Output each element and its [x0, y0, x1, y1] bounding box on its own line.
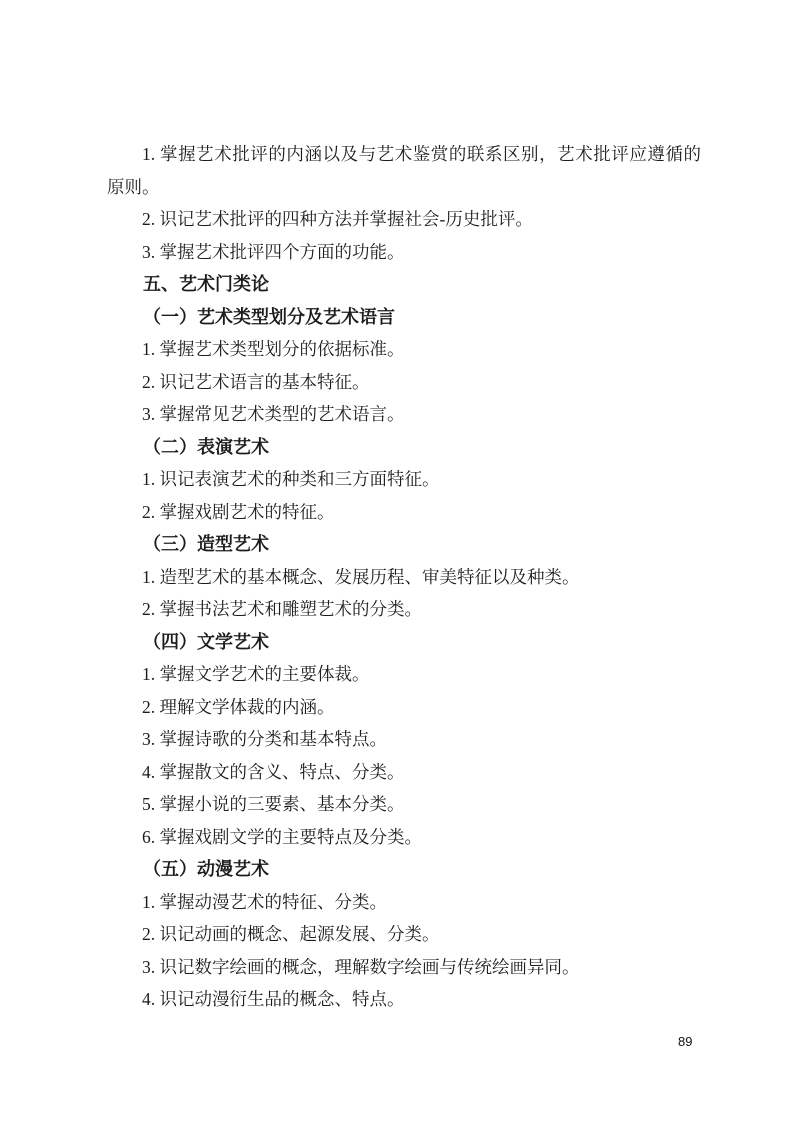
body-paragraph: 2. 识记艺术语言的基本特征。 — [107, 366, 701, 399]
body-paragraph: 2. 识记动画的概念、起源发展、分类。 — [107, 918, 701, 951]
subsection-heading: （四）文学艺术 — [107, 626, 701, 659]
page-number: 89 — [678, 1034, 692, 1050]
body-paragraph: 4. 掌握散文的含义、特点、分类。 — [107, 756, 701, 789]
body-paragraph: 2. 掌握戏剧艺术的特征。 — [107, 496, 701, 529]
body-paragraph: 2. 掌握书法艺术和雕塑艺术的分类。 — [107, 593, 701, 626]
page-content: 1. 掌握艺术批评的内涵以及与艺术鉴赏的联系区别，艺术批评应遵循的原则。2. 识… — [107, 138, 701, 1016]
body-paragraph: 3. 掌握艺术批评四个方面的功能。 — [107, 236, 701, 269]
subsection-heading: （三）造型艺术 — [107, 528, 701, 561]
body-paragraph: 2. 识记艺术批评的四种方法并掌握社会-历史批评。 — [107, 203, 701, 236]
subsection-heading: （一）艺术类型划分及艺术语言 — [107, 301, 701, 334]
body-paragraph: 5. 掌握小说的三要素、基本分类。 — [107, 788, 701, 821]
document-page: 1. 掌握艺术批评的内涵以及与艺术鉴赏的联系区别，艺术批评应遵循的原则。2. 识… — [0, 0, 793, 1122]
body-paragraph: 3. 掌握诗歌的分类和基本特点。 — [107, 723, 701, 756]
body-paragraph: 6. 掌握戏剧文学的主要特点及分类。 — [107, 821, 701, 854]
body-paragraph: 1. 掌握动漫艺术的特征、分类。 — [107, 886, 701, 919]
body-paragraph: 1. 识记表演艺术的种类和三方面特征。 — [107, 463, 701, 496]
subsection-heading: （二）表演艺术 — [107, 431, 701, 464]
subsection-heading: （五）动漫艺术 — [107, 853, 701, 886]
body-paragraph: 1. 掌握艺术批评的内涵以及与艺术鉴赏的联系区别，艺术批评应遵循的原则。 — [107, 138, 701, 203]
body-paragraph: 1. 掌握艺术类型划分的依据标准。 — [107, 333, 701, 366]
body-paragraph: 1. 掌握文学艺术的主要体裁。 — [107, 658, 701, 691]
body-paragraph: 2. 理解文学体裁的内涵。 — [107, 691, 701, 724]
section-heading: 五、艺术门类论 — [107, 268, 701, 301]
body-paragraph: 4. 识记动漫衍生品的概念、特点。 — [107, 983, 701, 1016]
body-paragraph: 3. 掌握常见艺术类型的艺术语言。 — [107, 398, 701, 431]
body-paragraph: 1. 造型艺术的基本概念、发展历程、审美特征以及种类。 — [107, 561, 701, 594]
body-paragraph: 3. 识记数字绘画的概念，理解数字绘画与传统绘画异同。 — [107, 951, 701, 984]
